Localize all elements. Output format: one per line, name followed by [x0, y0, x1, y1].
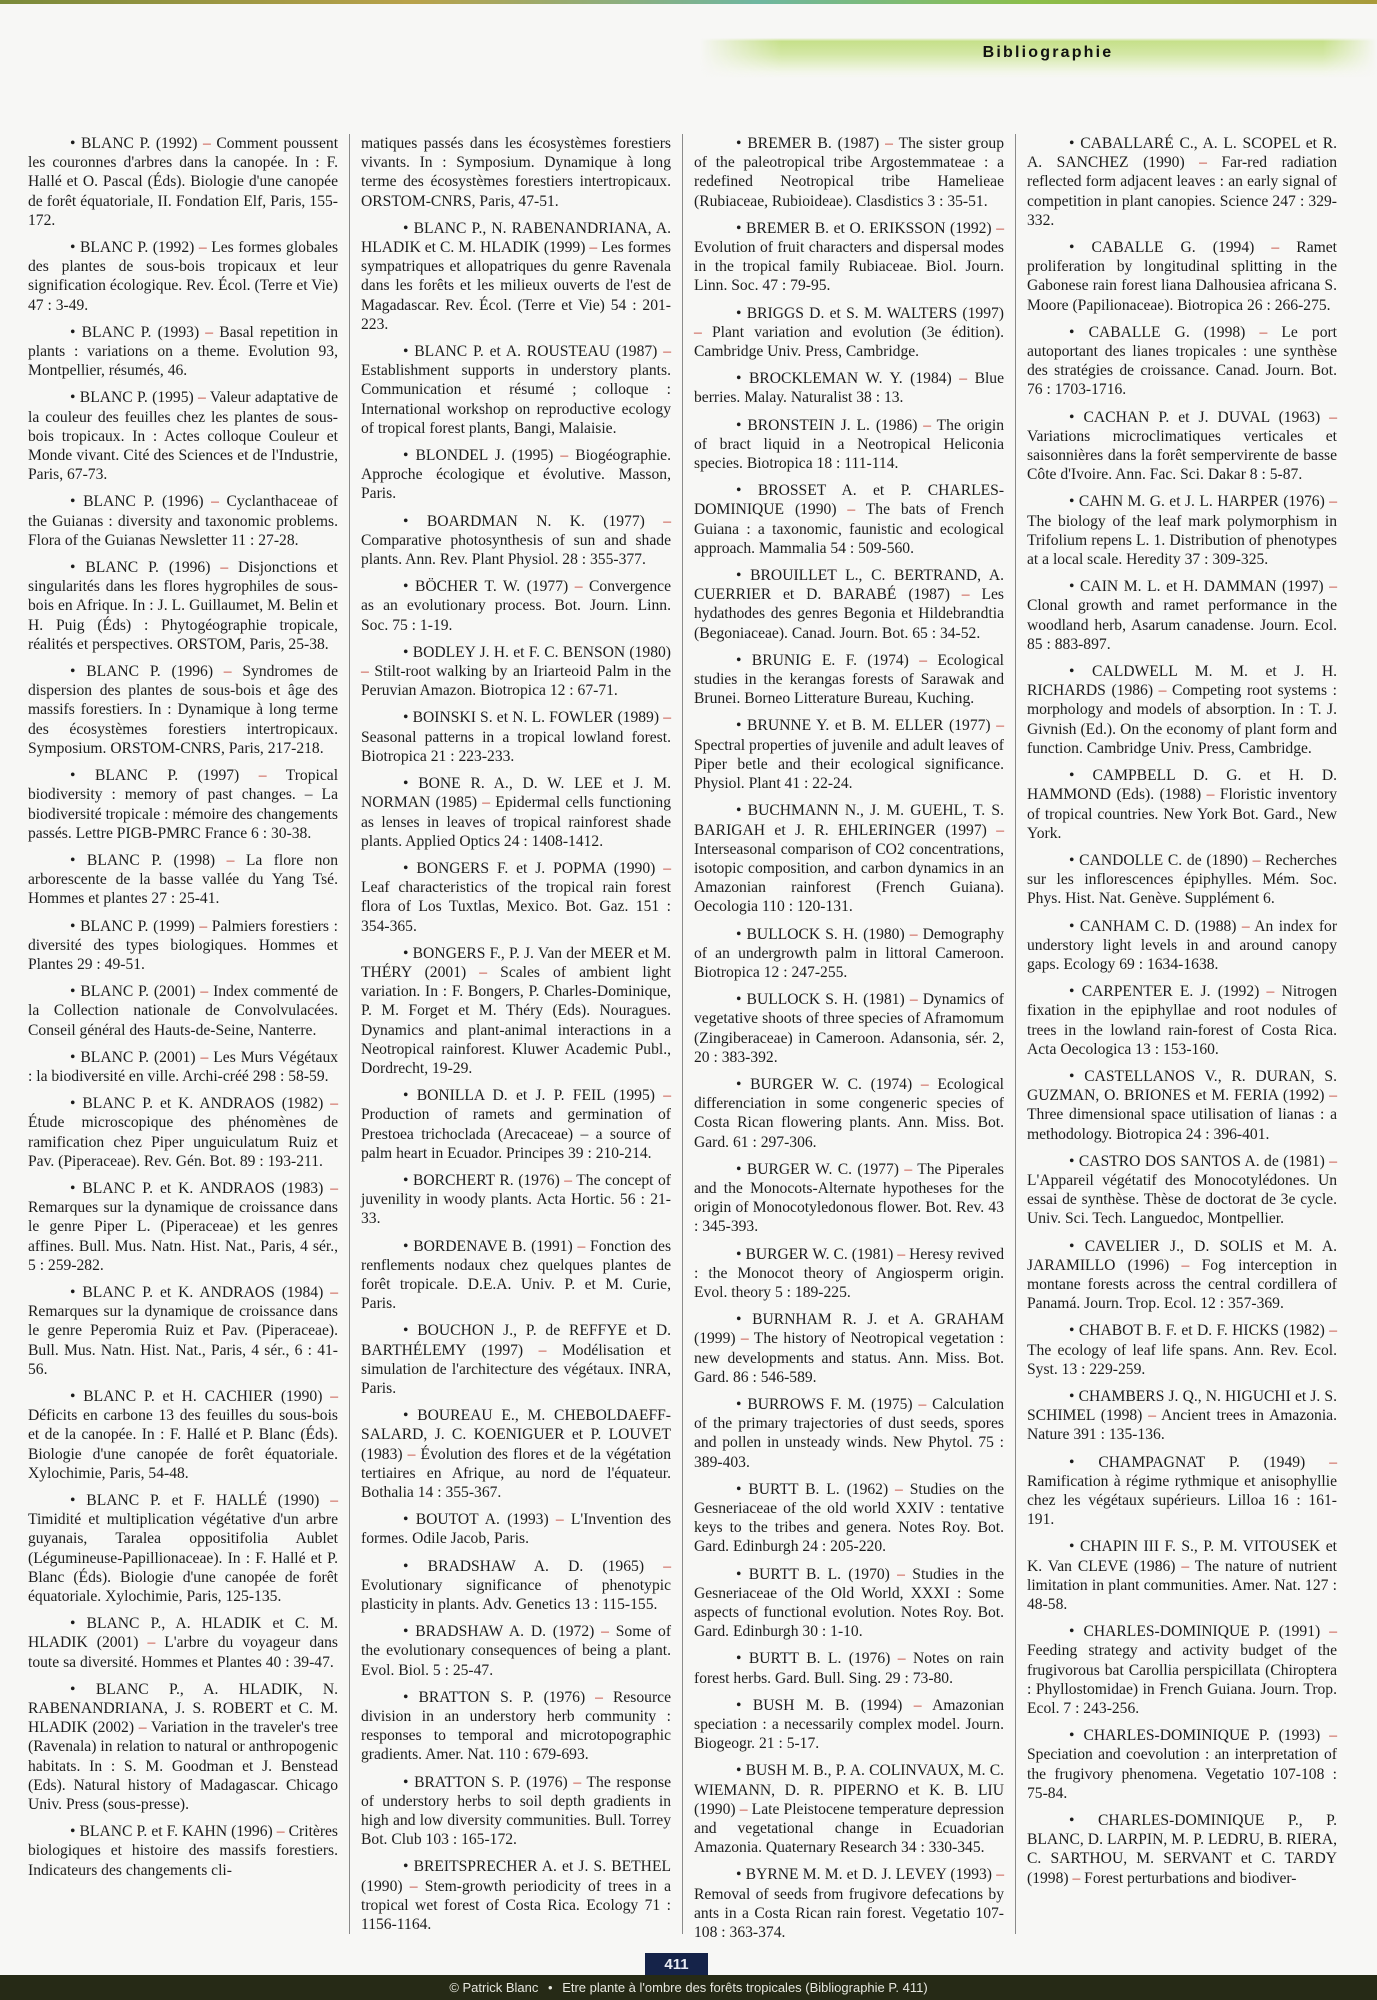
dash-separator: – [1320, 1623, 1337, 1640]
reference-entry: • CARPENTER E. J. (1992) – Nitrogen fixa… [1027, 982, 1337, 1059]
reference-author: BRATTON S. P. (1976) [414, 1774, 568, 1791]
dash-separator: – [1305, 1454, 1337, 1471]
bullet-icon: • [736, 567, 750, 584]
reference-entry: • CHAMPAGNAT P. (1949) – Ramification à … [1027, 1453, 1337, 1530]
bullet-icon: • [1069, 1454, 1098, 1471]
reference-text: The biology of the leaf mark polymorphis… [1027, 513, 1337, 568]
bullet-icon: • [1069, 1238, 1085, 1255]
reference-author: BONGERS F. et J. POPMA (1990) [416, 860, 655, 877]
reference-author: BREMER B. (1987) [747, 135, 879, 152]
bullet-icon: • [403, 775, 418, 792]
reference-entry: • CALDWELL M. M. et J. H. RICHARDS (1986… [1027, 662, 1337, 758]
reference-text: Speciation and coevolution : an interpre… [1027, 1746, 1337, 1801]
reference-text: Timidité et multiplication végétative d'… [28, 1511, 338, 1605]
bullet-icon: • [736, 652, 752, 669]
column-3: • BREMER B. (1987) – The sister group of… [682, 134, 1015, 1934]
dash-separator: – [1259, 983, 1281, 1000]
reference-entry: • BLANC P. (1996) – Cyclanthaceae of the… [28, 492, 338, 550]
reference-entry: • CAIN M. L. et H. DAMMAN (1997) – Clona… [1027, 577, 1337, 654]
reference-entry: • BLANC P. (1996) – Disjonctions et sing… [28, 558, 338, 654]
bullet-icon: • [70, 1492, 86, 1509]
reference-author: BULLOCK S. H. (1981) [747, 991, 905, 1008]
reference-entry: • BONGERS F., P. J. Van der MEER et M. T… [361, 944, 671, 1078]
reference-text: Evolutionary significance of phenotypic … [361, 1577, 671, 1613]
bullet-icon: • [403, 1322, 417, 1339]
dash-separator: – [273, 1823, 289, 1840]
dash-separator: – [549, 1511, 571, 1528]
dash-separator: – [736, 1330, 754, 1347]
reference-author: CHAMPAGNAT P. (1949) [1098, 1454, 1305, 1471]
reference-entry: • BLANC P. (1997) – Tropical biodiversit… [28, 766, 338, 843]
column-4: • CABALLARÉ C., A. L. SCOPEL et R. A. SA… [1015, 134, 1348, 1934]
dash-separator: – [194, 389, 210, 406]
reference-entry: • CHARLES-DOMINIQUE P. (1991) – Feeding … [1027, 1622, 1337, 1718]
dash-separator: – [319, 1492, 338, 1509]
bullet-icon: • [403, 343, 414, 360]
reference-author: BÖCHER T. W. (1977) [415, 578, 568, 595]
dash-separator: – [138, 1634, 164, 1651]
reference-author: BLANC P. et F. KAHN (1996) [80, 1823, 273, 1840]
reference-author: BLANC P. et K. ANDRAOS (1984) [82, 1284, 323, 1301]
dash-separator: – [134, 1719, 151, 1736]
reference-author: CAIN M. L. et H. DAMMAN (1997) [1080, 578, 1324, 595]
column-1: • BLANC P. (1992) – Comment poussent les… [28, 134, 349, 1934]
reference-author: CABALLE G. (1998) [1089, 324, 1246, 341]
dash-separator: – [694, 324, 712, 341]
reference-author: CANHAM C. D. (1988) [1080, 918, 1237, 935]
dash-separator: – [194, 239, 211, 256]
dash-separator: – [909, 652, 937, 669]
top-decorative-strip [0, 0, 1377, 4]
bullet-icon: • [1069, 578, 1080, 595]
dash-separator: – [655, 860, 671, 877]
reference-entry: • BLANC P. (1993) – Basal repetition in … [28, 323, 338, 381]
bullet-icon: • [1069, 1068, 1084, 1085]
dash-separator: – [568, 1774, 587, 1791]
bullet-icon: • [70, 1615, 87, 1632]
bullet-icon: • [403, 578, 415, 595]
bullet-icon: • [403, 220, 414, 237]
bullet-icon: • [403, 1623, 415, 1640]
reference-entry: • BLANC P. et F. HALLÉ (1990) – Timidité… [28, 1491, 338, 1606]
bullet-icon: • [70, 239, 80, 256]
reference-text: Stilt-root walking by an Iriarteoid Palm… [361, 663, 671, 699]
reference-author: BLANC P. et K. ANDRAOS (1982) [82, 1095, 323, 1112]
reference-author: BRUNNE Y. et B. M. ELLER (1977) [747, 717, 991, 734]
reference-author: BLANC P. et K. ANDRAOS (1983) [82, 1180, 323, 1197]
dash-separator: – [952, 370, 975, 387]
reference-entry: • BOARDMAN N. K. (1977) – Comparative ph… [361, 512, 671, 570]
dash-separator: – [573, 1238, 590, 1255]
dash-separator: – [323, 1180, 338, 1197]
reference-entry: • BURTT B. L. (1970) – Studies in the Ge… [694, 1565, 1004, 1642]
reference-author: BROCKLEMAN W. Y. (1984) [749, 370, 952, 387]
reference-author: CARPENTER E. J. (1992) [1082, 983, 1260, 1000]
reference-entry: • BLANC P. (1992) – Comment poussent les… [28, 134, 338, 230]
reference-entry: • BRATTON S. P. (1976) – The response of… [361, 1773, 671, 1850]
bullet-icon: • [736, 991, 747, 1008]
reference-entry: • BYRNE M. M. et D. J. LEVEY (1993) – Re… [694, 1865, 1004, 1942]
bullet-icon: • [70, 1284, 82, 1301]
dash-separator: – [905, 991, 923, 1008]
dash-separator: – [912, 1076, 937, 1093]
reference-entry: • BOUCHON J., P. de REFFYE et D. BARTHÉL… [361, 1321, 671, 1398]
reference-text: Production of ramets and germination of … [361, 1106, 671, 1161]
reference-text: Déficits en carbone 13 des feuilles du s… [28, 1407, 338, 1482]
bullet-icon: • [736, 1076, 750, 1093]
reference-text: Interseasonal comparison of CO2 concentr… [694, 841, 1004, 916]
reference-entry: • CAMPBELL D. G. et H. D. HAMMOND (Eds).… [1027, 766, 1337, 843]
reference-author: BRADSHAW A. D. (1965) [428, 1558, 644, 1575]
reference-author: BLANC P. (1996) [83, 493, 203, 510]
reference-entry: • BRUNNE Y. et B. M. ELLER (1977) – Spec… [694, 716, 1004, 793]
reference-author: BULLOCK S. H. (1980) [747, 926, 905, 943]
reference-entry: • BLANC P. et K. ANDRAOS (1982) – Étude … [28, 1094, 338, 1171]
reference-text: Forest perturbations and biodiver- [1084, 1870, 1296, 1887]
reference-author: BORCHERT R. (1976) [413, 1172, 560, 1189]
dash-separator: – [1324, 1087, 1337, 1104]
reference-author: BLANC P. et H. CACHIER (1990) [83, 1388, 322, 1405]
bullet-icon: • [403, 709, 413, 726]
reference-entry: • CHAMBERS J. Q., N. HIGUCHI et J. S. SC… [1027, 1387, 1337, 1445]
reference-entry: • BURTT B. L. (1976) – Notes on rain for… [694, 1649, 1004, 1687]
bullet-icon: • [736, 1566, 749, 1583]
footer-book-info: Etre plante à l'ombre des forêts tropica… [562, 1980, 927, 1995]
reference-text: Variations microclimatiques verticales e… [1027, 428, 1337, 483]
dash-separator: – [1201, 786, 1220, 803]
bullet-icon: • [403, 1238, 413, 1255]
reference-author: BODLEY J. H. et F. C. BENSON (1980) [413, 644, 671, 661]
reference-author: BURGER W. C. (1977) [747, 1161, 899, 1178]
reference-entry: • CANDOLLE C. de (1890) – Recherches sur… [1027, 851, 1337, 909]
reference-text: Spectral properties of juvenile and adul… [694, 737, 1004, 792]
dash-separator: – [644, 1558, 671, 1575]
dash-separator: – [987, 822, 1004, 839]
reference-author: BOINSKI S. et N. L. FOWLER (1989) [413, 709, 659, 726]
reference-entry: • BRATTON S. P. (1976) – Resource divisi… [361, 1688, 671, 1765]
reference-entry: • BLANC P. (2001) – Les Murs Végétaux : … [28, 1048, 338, 1086]
dash-separator: – [553, 447, 575, 464]
reference-entry: • BURGER W. C. (1977) – The Piperales an… [694, 1160, 1004, 1237]
reference-author: CANDOLLE C. de (1890) [1079, 852, 1248, 869]
dash-separator: – [239, 767, 286, 784]
bullet-icon: • [736, 717, 747, 734]
reference-author: BLANC P. (1998) [87, 852, 215, 869]
dash-separator: – [477, 794, 495, 811]
bullet-icon: • [736, 1762, 746, 1779]
dash-separator: – [659, 709, 671, 726]
dash-separator: – [991, 717, 1004, 734]
dash-separator: – [888, 1481, 910, 1498]
reference-author: BLONDEL J. (1995) [416, 447, 554, 464]
dash-separator: – [204, 493, 227, 510]
bullet-icon: • [70, 1049, 80, 1066]
bullet-icon: • [70, 983, 80, 1000]
reference-entry: • BONE R. A., D. W. LEE et J. M. NORMAN … [361, 774, 671, 851]
dash-separator: – [655, 1087, 671, 1104]
bullet-icon: • [70, 1823, 80, 1840]
bullet-icon: • [1069, 135, 1080, 152]
bullet-icon: • [70, 1681, 96, 1698]
bullet-icon: • [403, 447, 416, 464]
bullet-icon: • [736, 417, 747, 434]
reference-author: CABALLE G. (1994) [1092, 239, 1255, 256]
bullet-icon: • [403, 1087, 417, 1104]
bullet-icon: • [736, 1697, 753, 1714]
reference-author: BLANC P. et A. ROUSTEAU (1987) [414, 343, 657, 360]
bullet-icon: • [1069, 918, 1080, 935]
reference-entry: • BRADSHAW A. D. (1965) – Evolutionary s… [361, 1557, 671, 1615]
reference-author: BLANC P. (1996) [86, 663, 213, 680]
bullet-icon: • [1069, 983, 1082, 1000]
reference-entry: • BOUTOT A. (1993) – L'Invention des for… [361, 1510, 671, 1548]
dash-separator: – [837, 501, 866, 518]
reference-text: Plant variation and evolution (3e éditio… [694, 324, 1004, 360]
dash-separator: – [645, 513, 671, 530]
dash-separator: – [1142, 1407, 1161, 1424]
reference-entry: • BOINSKI S. et N. L. FOWLER (1989) – Se… [361, 708, 671, 766]
page-number: 411 [645, 1953, 708, 1977]
reference-entry: • CASTRO DOS SANTOS A. de (1981) – L'App… [1027, 1152, 1337, 1229]
reference-author: BURGER W. C. (1981) [745, 1246, 893, 1263]
bullet-icon: • [1069, 1623, 1083, 1640]
footer-copyright: © Patrick Blanc [449, 1980, 538, 1995]
reference-entry: • CHABOT B. F. et D. F. HICKS (1982) – T… [1027, 1321, 1337, 1379]
dash-separator: – [195, 918, 212, 935]
reference-entry: • BRIGGS D. et S. M. WALTERS (1997) – Pl… [694, 304, 1004, 362]
dash-separator: – [210, 559, 238, 576]
reference-entry: • BULLOCK S. H. (1981) – Dynamics of veg… [694, 990, 1004, 1067]
reference-entry: • BRADSHAW A. D. (1972) – Some of the ev… [361, 1622, 671, 1680]
reference-author: BLANC P. (1992) [80, 239, 194, 256]
dash-separator: – [403, 1878, 425, 1895]
reference-entry: • BLANC P. et A. ROUSTEAU (1987) – Estab… [361, 342, 671, 438]
reference-entry: • CASTELLANOS V., R. DURAN, S. GUZMAN, O… [1027, 1067, 1337, 1144]
bullet-icon: • [70, 324, 82, 341]
reference-author: CHARLES-DOMINIQUE P. (1991) [1083, 1623, 1320, 1640]
bullet-icon: • [70, 559, 85, 576]
reference-text: Comparative photosynthesis of sun and sh… [361, 532, 671, 568]
reference-author: CHARLES-DOMINIQUE P. (1993) [1083, 1727, 1320, 1744]
reference-entry: • CHARLES-DOMINIQUE P., P. BLANC, D. LAR… [1027, 1811, 1337, 1888]
bullet-icon: • [736, 1396, 747, 1413]
dash-separator: – [1325, 1322, 1337, 1339]
reference-entry: • BLANC P. (1998) – La flore non arbores… [28, 851, 338, 909]
dash-separator: – [1320, 409, 1337, 426]
bullet-icon: • [70, 852, 87, 869]
reference-author: BRATTON S. P. (1976) [418, 1689, 585, 1706]
dash-separator: – [905, 926, 923, 943]
bullet-icon: • [736, 370, 749, 387]
dash-separator: – [890, 1566, 912, 1583]
reference-entry: • BROSSET A. et P. CHARLES-DOMINIQUE (19… [694, 481, 1004, 558]
reference-text: Ramification à régime rythmique et aniso… [1027, 1473, 1337, 1528]
dash-separator: – [1248, 852, 1265, 869]
bullet-icon: • [1069, 1538, 1080, 1555]
reference-entry: • BREMER B. (1987) – The sister group of… [694, 134, 1004, 211]
reference-author: BLANC P. et F. HALLÉ (1990) [86, 1492, 319, 1509]
dash-separator: – [323, 1284, 338, 1301]
bullet-icon: • [70, 135, 81, 152]
bullet-icon: • [1069, 493, 1079, 510]
bullet-icon: • [1069, 663, 1092, 680]
reference-text: Seasonal patterns in a tropical lowland … [361, 729, 671, 765]
reference-entry: • CAVELIER J., D. SOLIS et M. A. JARAMIL… [1027, 1237, 1337, 1314]
dash-separator: – [197, 135, 216, 152]
reference-entry: • BLANC P. (1999) – Palmiers forestiers … [28, 917, 338, 975]
dash-separator: – [1320, 1727, 1337, 1744]
bullet-icon: • [1069, 852, 1079, 869]
reference-author: CACHAN P. et J. DUVAL (1963) [1084, 409, 1321, 426]
dash-separator: – [568, 578, 589, 595]
reference-text: Feeding strategy and activity budget of … [1027, 1642, 1337, 1717]
reference-entry: • CABALLARÉ C., A. L. SCOPEL et R. A. SA… [1027, 134, 1337, 230]
reference-entry: • BUSH M. B., P. A. COLINVAUX, M. C. WIE… [694, 1761, 1004, 1857]
bullet-icon: • [1069, 1153, 1079, 1170]
dash-separator: – [323, 1095, 338, 1112]
dash-separator: – [992, 220, 1004, 237]
reference-text: Three dimensional space utilisation of l… [1027, 1106, 1337, 1142]
bullet-icon: • [1069, 1812, 1098, 1829]
dash-separator: – [195, 983, 213, 1000]
reference-text: Étude microscopique des phénomènes de ra… [28, 1114, 338, 1169]
reference-entry: • BLANC P. et K. ANDRAOS (1984) – Remarq… [28, 1283, 338, 1379]
reference-text: Remarques sur la dynamique de croissance… [28, 1199, 338, 1274]
reference-author: BRADSHAW A. D. (1972) [415, 1623, 594, 1640]
dash-separator: – [1254, 239, 1296, 256]
dash-separator: – [466, 964, 500, 981]
reference-entry: • BLANC P. et F. KAHN (1996) – Critères … [28, 1822, 338, 1880]
dash-separator: – [213, 663, 242, 680]
dash-separator: – [1153, 682, 1172, 699]
dash-separator: – [1324, 578, 1337, 595]
reference-entry: • BODLEY J. H. et F. C. BENSON (1980) – … [361, 643, 671, 701]
reference-author: BURTT B. L. (1962) [748, 1481, 888, 1498]
reference-author: BOARDMAN N. K. (1977) [427, 513, 645, 530]
reference-entry: • BORDENAVE B. (1991) – Fonction des ren… [361, 1237, 671, 1314]
reference-author: BURGER W. C. (1974) [750, 1076, 912, 1093]
reference-text: Removal of seeds from frugivore defecati… [694, 1886, 1004, 1941]
reference-entry: • BURTT B. L. (1962) – Studies on the Ge… [694, 1480, 1004, 1557]
reference-entry: • CAHN M. G. et J. L. HARPER (1976) – Th… [1027, 492, 1337, 569]
dash-separator: – [1325, 493, 1337, 510]
reference-text: Establishment supports in understory pla… [361, 362, 671, 437]
reference-entry: • BROCKLEMAN W. Y. (1984) – Blue berries… [694, 369, 1004, 407]
reference-entry: • CANHAM C. D. (1988) – An index for und… [1027, 917, 1337, 975]
reference-author: BREMER B. et O. ERIKSSON (1992) [746, 220, 992, 237]
dash-separator: – [1325, 1153, 1337, 1170]
reference-author: BLANC P. (1999) [80, 918, 195, 935]
reference-author: BRUNIG E. F. (1974) [752, 652, 909, 669]
bullet-icon: • [403, 1407, 417, 1424]
bullet-icon: • [736, 482, 758, 499]
reference-entry: • BUSH M. B. (1994) – Amazonian speciati… [694, 1696, 1004, 1754]
reference-text: Clonal growth and ramet performance in t… [1027, 597, 1337, 652]
dash-separator: – [594, 1623, 615, 1640]
reference-author: BURTT B. L. (1970) [749, 1566, 890, 1583]
reference-text: L'Appareil végétatif des Monocotylédones… [1027, 1172, 1337, 1227]
column-2: matiques passés dans les écosystèmes for… [349, 134, 682, 1934]
dash-separator: – [585, 239, 601, 256]
reference-entry: • BROUILLET L., C. BERTRAND, A. CUERRIER… [694, 566, 1004, 643]
dash-separator: – [523, 1342, 562, 1359]
reference-author: BRIGGS D. et S. M. WALTERS (1997) [747, 305, 1004, 322]
reference-entry: • BLANC P. et K. ANDRAOS (1983) – Remarq… [28, 1179, 338, 1275]
footer-bar: © Patrick Blanc • Etre plante à l'ombre … [0, 1975, 1377, 2000]
reference-entry: • BLANC P. (2001) – Index commenté de la… [28, 982, 338, 1040]
reference-entry: • BLANC P. (1996) – Syndromes de dispers… [28, 662, 338, 758]
reference-author: BRONSTEIN J. L. (1986) [747, 417, 917, 434]
reference-author: BUSH M. B. (1994) [753, 1697, 902, 1714]
reference-entry: • BLANC P., N. RABENANDRIANA, A. HLADIK … [361, 219, 671, 334]
dash-separator: – [1069, 1870, 1085, 1887]
bullet-icon: • [403, 1511, 416, 1528]
bullet-icon: • [1069, 1727, 1083, 1744]
bullet-icon: • [1069, 239, 1092, 256]
reference-author: BLANC P. (1997) [95, 767, 239, 784]
reference-author: BLANC P. (2001) [80, 1049, 195, 1066]
reference-entry: • BOUREAU E., M. CHEBOLDAEFF-SALARD, J. … [361, 1406, 671, 1502]
reference-text: Evolution of fruit characters and disper… [694, 239, 1004, 294]
bullet-icon: • [70, 389, 80, 406]
reference-entry: • BLANC P. et H. CACHIER (1990) – Défici… [28, 1387, 338, 1483]
bullet-icon: • [736, 1866, 746, 1883]
reference-author: BURROWS F. M. (1975) [747, 1396, 912, 1413]
bullet-icon: • [1069, 324, 1089, 341]
bullet-icon: • [403, 945, 413, 962]
dash-separator: – [657, 343, 671, 360]
reference-continuation: matiques passés dans les écosystèmes for… [361, 134, 671, 211]
bullet-icon: • [70, 1388, 83, 1405]
bullet-icon: • [70, 1180, 82, 1197]
bullet-icon: • [403, 644, 413, 661]
dash-separator: – [893, 1246, 909, 1263]
bullet-icon: • [736, 926, 747, 943]
bullet-icon: • [1069, 1388, 1079, 1405]
dash-separator: – [913, 1396, 932, 1413]
dash-separator: – [1176, 1558, 1195, 1575]
bullet-icon: • [1069, 1322, 1079, 1339]
reference-entry: • BORCHERT R. (1976) – The concept of ju… [361, 1171, 671, 1229]
bullet-icon: • [736, 220, 746, 237]
dash-separator: – [899, 1161, 917, 1178]
reference-entry: • BUCHMANN N., J. M. GUEHL, T. S. BARIGA… [694, 801, 1004, 916]
dash-separator: – [215, 852, 246, 869]
reference-entry: • BONGERS F. et J. POPMA (1990) – Leaf c… [361, 859, 671, 936]
reference-author: BLANC P. (1995) [80, 389, 194, 406]
bullet-icon: • [736, 802, 748, 819]
reference-entry: • BRONSTEIN J. L. (1986) – The origin of… [694, 416, 1004, 474]
reference-entry: • BURGER W. C. (1974) – Ecological diffe… [694, 1075, 1004, 1152]
dash-separator: – [560, 1172, 577, 1189]
reference-author: BONILLA D. et J. P. FEIL (1995) [417, 1087, 655, 1104]
bullet-icon: • [403, 1558, 428, 1575]
bullet-icon: • [70, 918, 80, 935]
bullet-icon: • [1069, 409, 1084, 426]
footer-separator: • [548, 1980, 553, 1995]
bullet-icon: • [70, 1095, 82, 1112]
reference-entry: • BULLOCK S. H. (1980) – Demography of a… [694, 925, 1004, 983]
reference-author: BORDENAVE B. (1991) [413, 1238, 573, 1255]
reference-author: CAHN M. G. et J. L. HARPER (1976) [1079, 493, 1325, 510]
bullet-icon: • [736, 1311, 752, 1328]
bullet-icon: • [403, 513, 427, 530]
section-title: Bibliographie [918, 40, 1178, 66]
dash-separator: – [322, 1388, 338, 1405]
dash-separator: – [1245, 324, 1281, 341]
bullet-icon: • [70, 493, 83, 510]
dash-separator: – [879, 135, 898, 152]
